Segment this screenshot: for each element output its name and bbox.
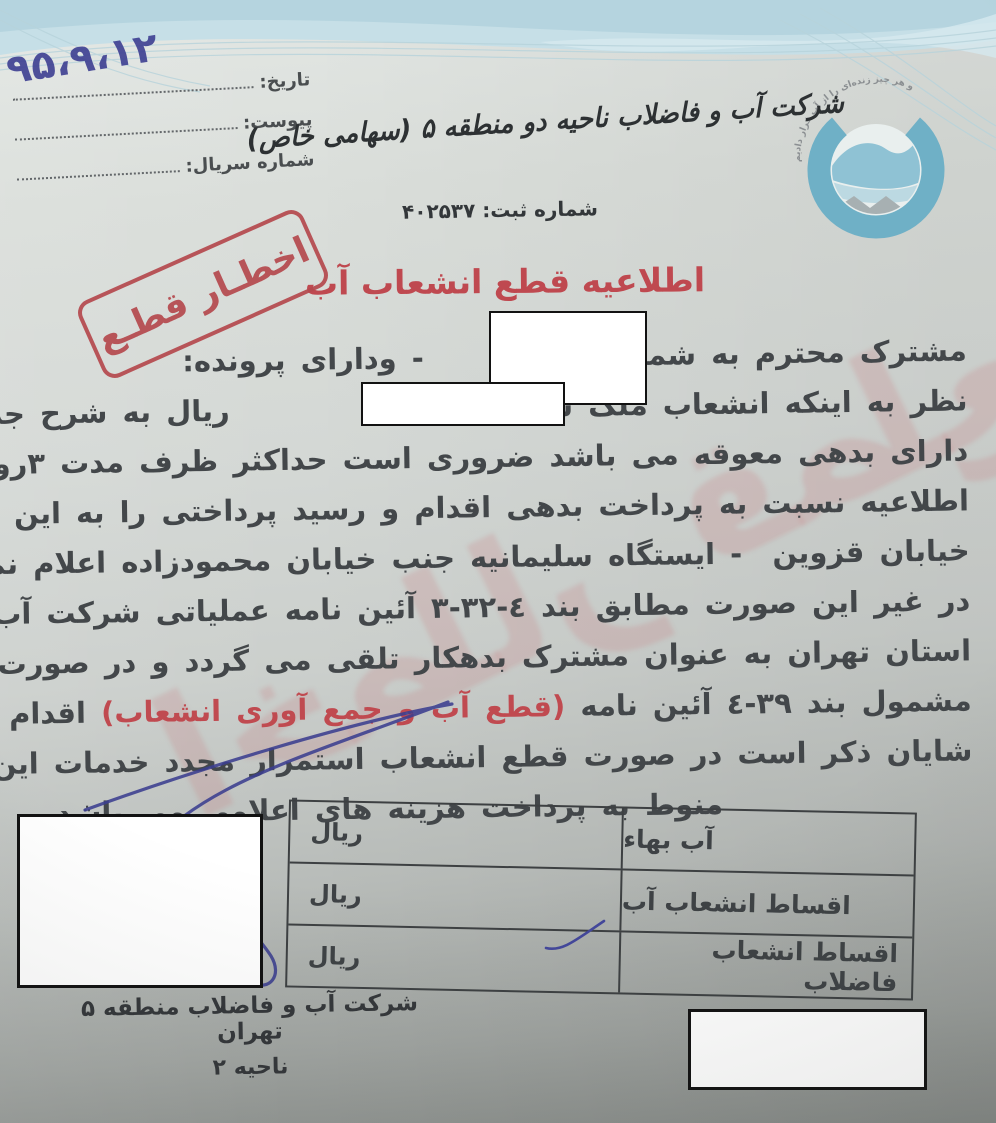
subscriber-number-label: مشترک محترم به شماره: xyxy=(592,333,968,372)
redaction-box-amount xyxy=(361,382,565,426)
dues-table: ریال آب بهاء ریال اقساط انشعاب آب ریال ا… xyxy=(285,799,917,1000)
table-row: ریال اقساط انشعاب فاضلاب xyxy=(287,925,912,998)
amount-cell: ریال xyxy=(287,925,621,992)
unit-label: ریال xyxy=(309,880,362,909)
row-label: اقساط انشعاب فاضلاب xyxy=(620,933,898,997)
notice-title: اطلاعیه قطع انشعاب آب xyxy=(300,260,710,303)
issuer-district: ناحیه ۲ xyxy=(50,1052,450,1084)
row-label-cell: اقساط انشعاب آب xyxy=(621,870,913,936)
row-label-cell: آب بهاء xyxy=(623,808,915,874)
unit-label: ریال xyxy=(310,818,363,847)
redaction-box-bottom-right xyxy=(688,1009,927,1090)
issuer-block: شرکت آب و فاضلاب منطقه ۵ تهران ناحیه ۲ xyxy=(49,990,450,1084)
registration-number: ۴۰۲۵۳۷ xyxy=(402,198,476,223)
unit-label: ریال xyxy=(307,942,360,971)
red-highlight-text: (قطع آب و جمع آوری انشعاب) xyxy=(101,689,566,729)
row-label-cell: اقساط انشعاب فاضلاب xyxy=(620,932,912,998)
row-label: اقساط انشعاب آب xyxy=(622,886,851,920)
issuer-company: شرکت آب و فاضلاب منطقه ۵ تهران xyxy=(49,990,450,1049)
date-label: تاریخ: xyxy=(259,69,311,93)
water-company-logo: و هر چیز زنده‌ای را از آب قرار دادیم xyxy=(786,48,970,248)
registration-number-line: شماره ثبت: ۴۰۲۵۳۷ xyxy=(370,196,630,225)
amount-cell: ریال xyxy=(290,801,624,868)
row-label: آب بهاء xyxy=(623,824,714,855)
file-number-label: - ودارای پرونده: xyxy=(182,341,424,378)
scanned-water-disconnection-notice: و هر چیز زنده‌ای را از آب قرار دادیم تار… xyxy=(0,0,996,1123)
redaction-box-left xyxy=(17,814,263,988)
amount-cell: ریال xyxy=(288,863,622,930)
registration-label: شماره ثبت: xyxy=(482,196,598,222)
